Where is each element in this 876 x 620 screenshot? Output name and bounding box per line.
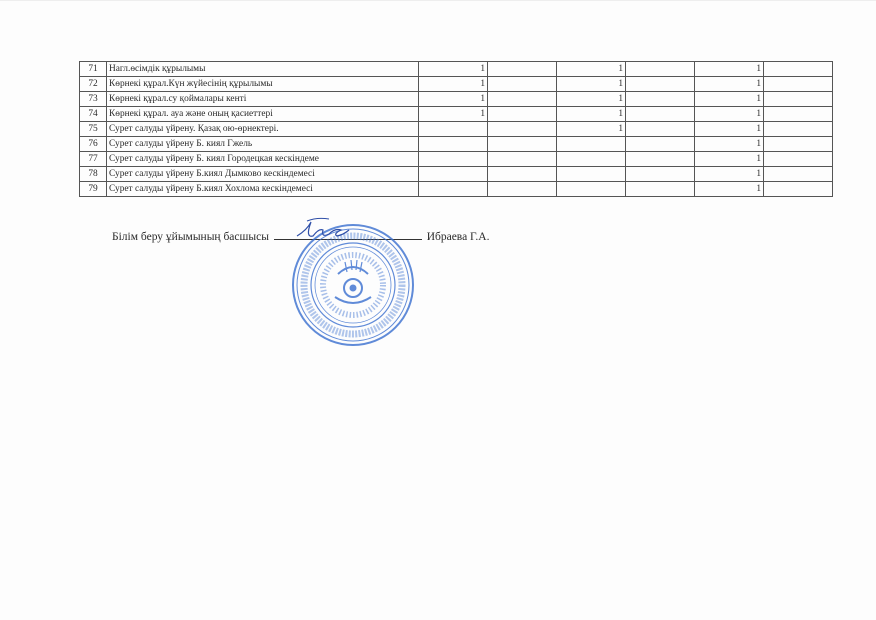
quantity-cell	[488, 77, 557, 92]
row-number: 73	[80, 92, 107, 107]
quantity-cell: 1	[695, 77, 764, 92]
quantity-cell	[626, 152, 695, 167]
item-name: Сурет салуды үйрену Б.киял Дымково кескі…	[107, 167, 419, 182]
item-name: Көрнекі құрал.Күн жүйесінің құрылымы	[107, 77, 419, 92]
quantity-cell	[419, 152, 488, 167]
quantity-cell: 1	[419, 107, 488, 122]
signatory-name: Ибраева Г.А.	[427, 231, 490, 243]
quantity-cell	[626, 77, 695, 92]
table-row: 71Нагл.өсімдік құрылымы111	[80, 62, 833, 77]
table-row: 77Сурет салуды үйрену Б. киял Городецкая…	[80, 152, 833, 167]
quantity-cell	[626, 137, 695, 152]
quantity-cell	[488, 137, 557, 152]
quantity-cell	[764, 107, 833, 122]
item-name: Көрнекі құрал.су қоймалары кенті	[107, 92, 419, 107]
quantity-cell	[488, 62, 557, 77]
row-number: 75	[80, 122, 107, 137]
row-number: 78	[80, 167, 107, 182]
row-number: 72	[80, 77, 107, 92]
quantity-cell	[488, 92, 557, 107]
quantity-cell: 1	[557, 77, 626, 92]
quantity-cell: 1	[695, 122, 764, 137]
signature-icon	[293, 216, 353, 242]
row-number: 74	[80, 107, 107, 122]
quantity-cell: 1	[557, 62, 626, 77]
quantity-cell: 1	[419, 62, 488, 77]
quantity-cell: 1	[557, 122, 626, 137]
quantity-cell	[419, 137, 488, 152]
quantity-cell: 1	[695, 167, 764, 182]
row-number: 77	[80, 152, 107, 167]
quantity-cell	[764, 182, 833, 197]
quantity-cell: 1	[419, 77, 488, 92]
quantity-cell	[626, 122, 695, 137]
quantity-cell: 1	[557, 92, 626, 107]
quantity-cell	[764, 122, 833, 137]
quantity-cell	[764, 77, 833, 92]
quantity-cell	[764, 62, 833, 77]
row-number: 79	[80, 182, 107, 197]
table-row: 74Көрнекі құрал. ауа және оның қасиеттер…	[80, 107, 833, 122]
quantity-cell: 1	[419, 92, 488, 107]
quantity-cell: 1	[695, 92, 764, 107]
item-name: Сурет салуды үйрену. Қазақ ою-өрнектері.	[107, 122, 419, 137]
inventory-table: 71Нагл.өсімдік құрылымы11172Көрнекі құра…	[79, 61, 833, 197]
quantity-cell	[557, 137, 626, 152]
quantity-cell	[419, 122, 488, 137]
quantity-cell	[488, 167, 557, 182]
quantity-cell	[764, 167, 833, 182]
quantity-cell: 1	[557, 107, 626, 122]
quantity-cell: 1	[695, 182, 764, 197]
signatory-title: Білім беру ұйымының басшысы	[112, 231, 269, 243]
quantity-cell	[764, 152, 833, 167]
table-row: 72Көрнекі құрал.Күн жүйесінің құрылымы11…	[80, 77, 833, 92]
quantity-cell	[557, 167, 626, 182]
quantity-cell	[488, 107, 557, 122]
quantity-cell: 1	[695, 137, 764, 152]
quantity-cell	[626, 62, 695, 77]
item-name: Нагл.өсімдік құрылымы	[107, 62, 419, 77]
row-number: 76	[80, 137, 107, 152]
table-row: 78Сурет салуды үйрену Б.киял Дымково кес…	[80, 167, 833, 182]
quantity-cell	[488, 152, 557, 167]
quantity-cell: 1	[695, 152, 764, 167]
table-row: 79Сурет салуды үйрену Б.киял Хохлома кес…	[80, 182, 833, 197]
quantity-cell: 1	[695, 62, 764, 77]
item-name: Сурет салуды үйрену Б.киял Хохлома кескі…	[107, 182, 419, 197]
page-edge	[0, 0, 876, 1]
quantity-cell: 1	[695, 107, 764, 122]
table-row: 75Сурет салуды үйрену. Қазақ ою-өрнектер…	[80, 122, 833, 137]
table-row: 73Көрнекі құрал.су қоймалары кенті111	[80, 92, 833, 107]
quantity-cell	[764, 92, 833, 107]
item-name: Сурет салуды үйрену Б. киял Городецкая к…	[107, 152, 419, 167]
quantity-cell	[626, 182, 695, 197]
quantity-cell	[488, 122, 557, 137]
quantity-cell	[488, 182, 557, 197]
item-name: Сурет салуды үйрену Б. киял Гжель	[107, 137, 419, 152]
quantity-cell	[626, 92, 695, 107]
quantity-cell	[557, 182, 626, 197]
quantity-cell	[419, 182, 488, 197]
quantity-cell	[557, 152, 626, 167]
quantity-cell	[626, 167, 695, 182]
item-name: Көрнекі құрал. ауа және оның қасиеттері	[107, 107, 419, 122]
table-row: 76Сурет салуды үйрену Б. киял Гжель1	[80, 137, 833, 152]
quantity-cell	[419, 167, 488, 182]
row-number: 71	[80, 62, 107, 77]
quantity-cell	[764, 137, 833, 152]
quantity-cell	[626, 107, 695, 122]
